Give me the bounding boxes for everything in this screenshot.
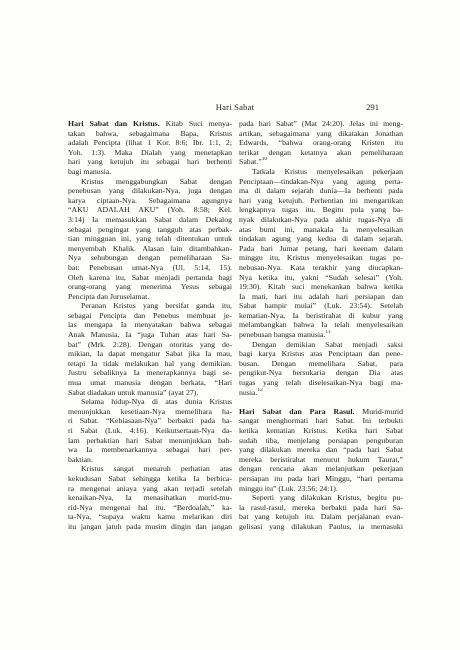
text-line: Sabat hampir mulai” (Luk. 23:54). Setela… <box>239 301 403 311</box>
text-line: Peranan Kristus yang bersifat ganda itu, <box>68 301 232 311</box>
text-line: sebagai pengingat yang tangguh atas perb… <box>68 225 232 235</box>
text-line: bagi manusia. <box>68 167 232 177</box>
text-line: ta-Nya, “supaya waktu kamu melarikan dir… <box>68 512 232 522</box>
text-line: ri Sabat (Luk. 4:16). Keikutsertaan-Nya … <box>68 426 232 436</box>
text-line: terikat dengan ketatnya akan pemeliharaa… <box>239 148 403 158</box>
text-line: artikan, sebagaimana yang dikatakan Jona… <box>239 129 403 139</box>
text-line: atas bumi ini, manakala Ia menyelesaikan <box>239 225 403 235</box>
text-line: orang-orang yang menerima Yesus sebagai <box>68 282 232 292</box>
text-line: Anak Manusia, Ia “juga Tuhan atas hari S… <box>68 330 232 340</box>
text-line: melambangkan bahwa Ia telah menyelesaika… <box>239 320 403 330</box>
text-line: 3:14) Ia memasukkan Sabat dalam Dekalog <box>68 215 232 225</box>
text-line: ra mengenai aniaya yang akan terjadi set… <box>68 484 232 494</box>
text-line: gelisasi yang dilakukan Paulus, ia memas… <box>239 522 403 532</box>
text-line: ketika kematian Kristus. Ketika hari Sab… <box>239 426 403 436</box>
text-line: Kristus sangat menaruh perhatian atas <box>68 464 232 474</box>
blank-line <box>239 397 403 407</box>
text-column-right: pada hari Sabat” (Mat 24:20). Jelas ini … <box>239 119 403 532</box>
text-line: Tatkala Kristus menyelesaikan pekerjaan <box>239 167 403 177</box>
text-line: mua umat manusia dengan berkata, “Hari <box>68 378 232 388</box>
text-line: bat yang ketujuh itu. Dalam perjalanan e… <box>239 512 403 522</box>
text-line: bagi karya Kristus atas Penciptaan dan p… <box>239 349 403 359</box>
text-line: sebagai Pencipta dan Penebus membuat je- <box>68 311 232 321</box>
text-line: Sabat.”10 <box>239 157 403 167</box>
text-line: penebusan bangsa manusia.11 <box>239 330 403 340</box>
running-header-title: Hari Sabat <box>68 101 402 113</box>
text-line: Pada hari Jumat petang, hari keenam dala… <box>239 244 403 254</box>
text-line: 19:30). Kitab suci menekankan bahwa keti… <box>239 282 403 292</box>
text-line: ma di dalam sejarah dunia—Ia berhenti pa… <box>239 186 403 196</box>
text-line: la rasul-rasul, mereka berbakti pada har… <box>239 503 403 513</box>
text-line: kenaikan-Nya, Ia menasihatkan murid-mu- <box>68 493 232 503</box>
text-line: Justru sebaliknya Ia menerapkannya bagi … <box>68 368 232 378</box>
text-line: nyak dilakukan-Nya pada akhir tugas-Nya … <box>239 215 403 225</box>
text-line: baktian. <box>68 455 232 465</box>
text-line: Nya ketika itu, yakni “Sudah selesai” (Y… <box>239 273 403 283</box>
text-line: tian mingguan ini, yang telah ditentukan… <box>68 234 232 244</box>
text-line: Seperti yang dilakukan Kristus, begitu p… <box>239 493 403 503</box>
text-columns: Hari Sabat dan Kristus. Kitab Suci menya… <box>68 119 403 532</box>
text-line: Nya sehubungan dengan pemeliharaan Sa- <box>68 253 232 263</box>
text-line: Pencipta dan Juruselamat. <box>68 292 232 302</box>
text-line: menyembah Khalik. Alasan lain ditambahka… <box>68 244 232 254</box>
text-line: pengikut-Nya bersukaria dengan Dia atas <box>239 368 403 378</box>
text-line: Kristus menggabungkan Sabat dengan <box>68 177 232 187</box>
text-line: penebusan yang dilakukan-Nya, juga denga… <box>68 186 232 196</box>
running-header: Hari Sabat 291 <box>68 101 402 113</box>
text-line: Selama hidup-Nya di atas dunia Kristus <box>68 397 232 407</box>
text-line: nusia.12 <box>239 388 403 398</box>
text-line: yang dilakukan mereka dan “pada hari Sab… <box>239 445 403 455</box>
text-line: hari yang ketujuh. Perhentian ini mengar… <box>239 196 403 206</box>
text-line: persiapan itu pada hari Minggu, “hari pe… <box>239 474 403 484</box>
text-line: mikian, Ia dapat mengatur Sabat jika Ia … <box>68 349 232 359</box>
text-line: tetapi Ia tidak melakukan hal yang demik… <box>68 359 232 369</box>
book-page: Hari Sabat 291 Hari Sabat dan Kristus. K… <box>0 0 460 650</box>
text-line: pada hari Sabat” (Mat 24:20). Jelas ini … <box>239 119 403 129</box>
text-line: Dengan demikian Sabat menjadi saksi <box>239 340 403 350</box>
text-line: nebusan-Nya. Kata terakhir yang diucapka… <box>239 263 403 273</box>
text-line: sudah tiba, menjelang persiapan pengubur… <box>239 436 403 446</box>
text-line: mereka beristirahat menurut hukum Taurat… <box>239 455 403 465</box>
text-line: dengan rencana akan melanjutkan pekerjaa… <box>239 464 403 474</box>
text-line: Sabat diadakan untuk manusia” (ayat 27). <box>68 388 232 398</box>
text-line: kekudusan Sabat sehingga ketika Ia berbi… <box>68 474 232 484</box>
text-line: rid-Nya mengenai hal itu. “Berdoalah,” k… <box>68 503 232 513</box>
text-line: Oleh karena itu, Sabat menjadi pertanda … <box>68 273 232 283</box>
text-line: kematian-Nya, Ia beristirahat di kubur y… <box>239 311 403 321</box>
text-line: “AKU ADALAH AKU” (Yoh. 8:58; Kel. <box>68 205 232 215</box>
text-line: tugas yang telah diselesaikan-Nya bagi m… <box>239 378 403 388</box>
text-line: lam perbaktian hari Sabat menunjukkan ba… <box>68 436 232 446</box>
text-line: itu jangan jatuh pada musim dingin dan j… <box>68 522 232 532</box>
text-line: las mengapa Ia menyatakan bahwa sebagai <box>68 320 232 330</box>
text-line: lengkapnya tugas itu. Begitu pula yang b… <box>239 205 403 215</box>
text-line: Yoh. 1:3). Maka Dialah yang menetapkan <box>68 148 232 158</box>
text-line: tindakan agung yang kedua di dalam sejar… <box>239 234 403 244</box>
text-line: busan. Dengan memelihara Sabat, para <box>239 359 403 369</box>
text-line: ri Sabat. “Kebiasaan-Nya” berbakti pada … <box>68 416 232 426</box>
text-line: Penciptaan—tindakan-Nya yang agung perta… <box>239 177 403 187</box>
text-line: adalah Pencipta (lihat 1 Kor. 8:6; Ibr. … <box>68 138 232 148</box>
text-line: Ia mati, hari itu adalah hari persiapan … <box>239 292 403 302</box>
text-line: bat” (Mrk. 2:28). Dengan otoritas yang d… <box>68 340 232 350</box>
text-line: hari yang ketujuh itu sebagai hari berhe… <box>68 157 232 167</box>
text-column-left: Hari Sabat dan Kristus. Kitab Suci menya… <box>68 119 232 532</box>
text-line: minggu itu, Kristus menyelesaikan tugas … <box>239 253 403 263</box>
text-line: takan bahwa, sebagaimana Bapa, Kristus <box>68 129 232 139</box>
page-number: 291 <box>366 101 379 113</box>
text-line: sangat menghormati hari Sabat. Ini terbu… <box>239 416 403 426</box>
text-line: wa Ia membenarkannya sebagai hari per- <box>68 445 232 455</box>
text-line: menunjukkan kesetiaan-Nya memelihara ha- <box>68 407 232 417</box>
text-line: Hari Sabat dan Kristus. Kitab Suci menya… <box>68 119 232 129</box>
text-line: minggu itu” (Luk. 23:56; 24:1). <box>239 484 403 494</box>
text-line: karya ciptaan-Nya. Sebagaimana agungnya <box>68 196 232 206</box>
text-line: bat: Penebusan umat-Nya (Ul. 5:14, 15). <box>68 263 232 273</box>
text-line: Hari Sabat dan Para Rasul. Murid-murid <box>239 407 403 417</box>
text-line: Edwards, “bahwa orang-orang Kristen itu <box>239 138 403 148</box>
